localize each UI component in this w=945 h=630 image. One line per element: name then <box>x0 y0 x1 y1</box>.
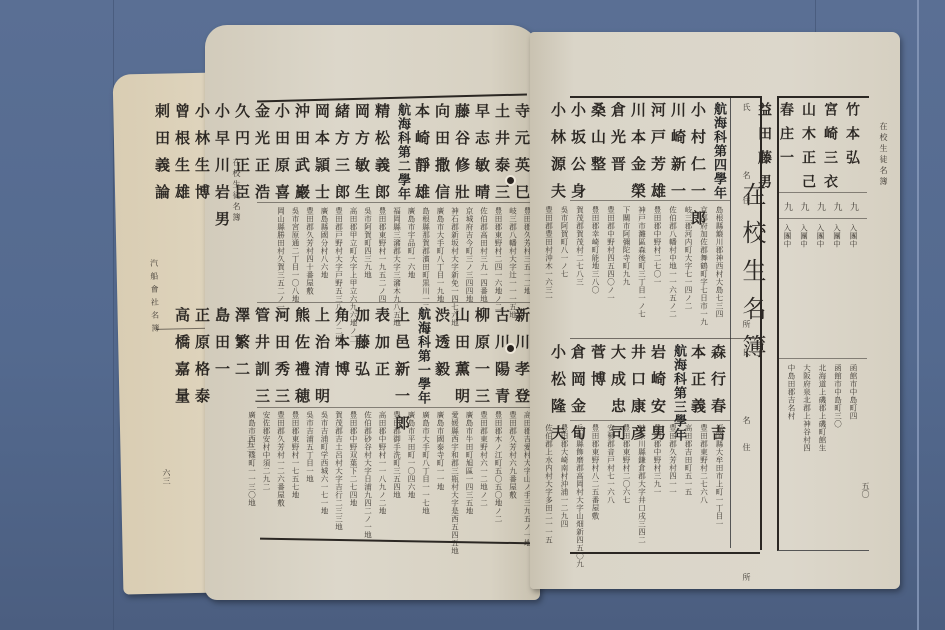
chapter-title: 在校生名簿 <box>735 182 770 372</box>
status-label: 入團中 <box>848 224 859 248</box>
middle-rule <box>570 338 760 339</box>
student-address: 高田郡吉田町五一五 <box>683 424 694 568</box>
student-address: 豊田郡東野村二七六八 <box>698 424 709 568</box>
student-address: 神戸市灘區森後町三丁目一ノ七 <box>636 206 647 326</box>
year-value: 九 <box>798 202 809 212</box>
student-name: 竹本弘 <box>842 102 862 198</box>
year-value: 九 <box>782 202 793 212</box>
student-address: 北海道上磯郡上磯町館生 <box>817 364 828 452</box>
student-address: 函館市中島町三〇 <box>832 364 843 452</box>
student-address: 豊田郡東野村六一二地ノ二 <box>478 411 489 555</box>
lower-addresses: 高田郡吉愛村大字山ノ手三九五ノ一地 豊田郡久芳村六九番屋敷 豊田郡木ノ江町五〇五… <box>246 411 532 555</box>
student-address: 豊田郡東野村八二五番屋敷 <box>590 424 601 568</box>
lower-addresses: 福岡縣大牟田市上町一丁目一 豊田郡東野村二七六八 高田郡吉田町五一五 豊田郡久芳… <box>543 424 724 568</box>
student-address: 安佐郡安村中須二九二 <box>261 411 272 555</box>
student-name: 高橋嘉量 <box>172 307 192 442</box>
student-name: 正原格泰 <box>192 307 212 442</box>
student-name: 小林生博 <box>192 103 212 238</box>
student-name: 曾根生雄 <box>172 103 192 238</box>
student-address: 廣島市大手町八丁目一一七地 <box>420 411 431 555</box>
student-address: 吳市吉浦町学西城六一七一地 <box>319 411 330 555</box>
side-status: 入團中 入團中 入團中 入團中 入團中 <box>782 224 859 248</box>
upper-addresses: 島根縣簸川郡神西村大島七三四 京都府加佐郡舞鶴町字七日市一九 岐三郡河内町大字七… <box>543 206 724 326</box>
section-rule <box>257 407 537 408</box>
student-name: 小早川岩男 <box>212 103 232 238</box>
section-rule <box>779 358 867 359</box>
student-address: 京都府加佐郡舞鶴町字七日市一九 <box>698 206 709 326</box>
section-rule <box>570 200 730 201</box>
student-address: 廣島市牛田町旭區一四三五地 <box>464 411 475 555</box>
status-label: 入團中 <box>798 224 809 248</box>
student-address: 安藝郡音戸村七一六八 <box>605 424 616 568</box>
binding-hole <box>507 345 514 352</box>
student-name: 宮崎三衣 <box>820 102 840 198</box>
year-value: 九 <box>831 202 842 212</box>
right-page: 氏 名 住 所 氏 名 住 所 航海科第四學年 小村仁一郎 川崎新一 河戸芳雄 … <box>530 32 900 589</box>
student-name: 刺田義論 <box>152 103 172 238</box>
left-page: 在校生徒名簿 寺元英巳 土井泰三 早志敏晴 藤谷修壯 向田撒信 本崎靜雄 航海科… <box>205 25 540 600</box>
student-address: 中島田郡吉名村 <box>786 364 797 452</box>
student-address: 下關市阿彌陀寺町九九 <box>621 206 632 326</box>
side-years: 九 九 九 九 九 <box>782 202 859 212</box>
section-rule <box>779 218 867 219</box>
student-address: 吳市吉浦五丁目一地 <box>304 411 315 555</box>
status-label: 入團中 <box>782 224 793 248</box>
left-page-number: 五一 <box>245 440 256 456</box>
back-running-title: 汽船會社名簿 <box>148 259 161 337</box>
student-address: 豊田郡久芳村四一一 <box>667 424 678 568</box>
student-address: 島根縣簸川郡神西村大島七三四 <box>714 206 725 326</box>
student-address: 豊田郡幸崎町能地三八〇 <box>590 206 601 326</box>
student-address: 岐三郡河内町大字七一四ノ二 <box>683 206 694 326</box>
student-address: 豊田郡東野村一七五七地 <box>290 411 301 555</box>
student-address: 廣島市西三篠町一一三〇地 <box>246 411 257 555</box>
student-address: 高田郡中野村一一八九ノ二地 <box>377 411 388 555</box>
student-address: 福岡縣大牟田市上町一丁目一 <box>714 424 725 568</box>
year-value: 九 <box>848 202 859 212</box>
student-address: 佐伯郡上水内村大字多田二一一五 <box>543 424 554 568</box>
student-address: 豊田郡久芳村一二六番屋敷 <box>275 411 286 555</box>
side-addresses: 函館市中島町四 函館市中島町三〇 北海道上磯郡上磯町館生 大阪府泉北郡上神谷村四… <box>786 364 859 452</box>
student-address: 豊田郡御手洗町三五四地 <box>391 411 402 555</box>
header-label: 所 <box>741 573 752 581</box>
student-address: 兵庫縣飾磨郡高岡村大字山畑新四五〇九 <box>574 424 585 568</box>
right-running-title: 在校生徒名簿 <box>878 122 889 188</box>
student-address: 愛媛縣西宇和郡三瓶村大字是西五四五地 <box>449 411 460 555</box>
header-label: 氏 <box>741 103 752 111</box>
section-rule <box>257 202 537 203</box>
top-rule <box>257 93 527 102</box>
student-address: 廣島市國泰寺町一一地 <box>435 411 446 555</box>
student-address: 佐伯郡砂谷村大字日浦九四二ノ一地 <box>362 411 373 555</box>
binding-hole <box>507 177 514 184</box>
student-address: 佐伯郡八幡村中地一一六五ノ二 <box>667 206 678 326</box>
right-page-number: 五〇 <box>860 482 871 498</box>
student-address: 神奈川縣鎌倉郡大字井口戌三四二 <box>636 424 647 568</box>
status-label: 入團中 <box>815 224 826 248</box>
header-label: 名 <box>741 171 752 179</box>
student-address: 豊田郡中野双葉下二七四地 <box>348 411 359 555</box>
student-address: 吳市阿賀町八一ノ七 <box>559 206 570 326</box>
student-name: 島田一 <box>212 307 232 442</box>
side-names: 竹本弘 宮崎三衣 山木正己 春庄一 益田藤男 <box>754 102 862 198</box>
header-label: 名 <box>741 416 752 424</box>
student-name: 久円正臣 <box>232 103 252 238</box>
student-address: 豊田郡中野村二七〇一 <box>652 206 663 326</box>
status-label: 入團中 <box>831 224 842 248</box>
student-name: 春庄一 <box>776 102 796 198</box>
student-name: 益田藤男 <box>754 102 774 198</box>
student-address: 豊田郡東野村二〇六七 <box>621 424 632 568</box>
student-address: 賀茂郡賀茂村二七八三 <box>574 206 585 326</box>
middle-rule <box>257 302 537 303</box>
student-name: 金光正浩 <box>252 103 272 238</box>
back-page-number: 六三 <box>161 469 172 485</box>
header-label: 住 <box>741 443 752 451</box>
section-rule <box>570 420 730 421</box>
student-address: 豊田郡中野村四五四〇ノ一 <box>605 206 616 326</box>
student-name: 山木正己 <box>798 102 818 198</box>
section-rule <box>779 192 867 193</box>
student-address: 賀茂郡吉土呂村大字吉行二三三地 <box>333 411 344 555</box>
student-address: 豊田郡久芳村六九番屋敷 <box>507 411 518 555</box>
student-address: 大阪府泉北郡上神谷村四 <box>801 364 812 452</box>
student-address: 豊田郡大崎南村沖浦一二九四 <box>559 424 570 568</box>
year-value: 九 <box>815 202 826 212</box>
student-address: 函館市中島町四 <box>848 364 859 452</box>
student-address: 廣島市平田町一〇四六地 <box>406 411 417 555</box>
student-address: 豊田郡豊田村沖木一六三一 <box>543 206 554 326</box>
student-address: 豊田郡中野村三九一 <box>652 424 663 568</box>
student-address: 豊田郡木ノ江町五〇五〇地ノ二 <box>493 411 504 555</box>
background-line <box>917 0 919 630</box>
